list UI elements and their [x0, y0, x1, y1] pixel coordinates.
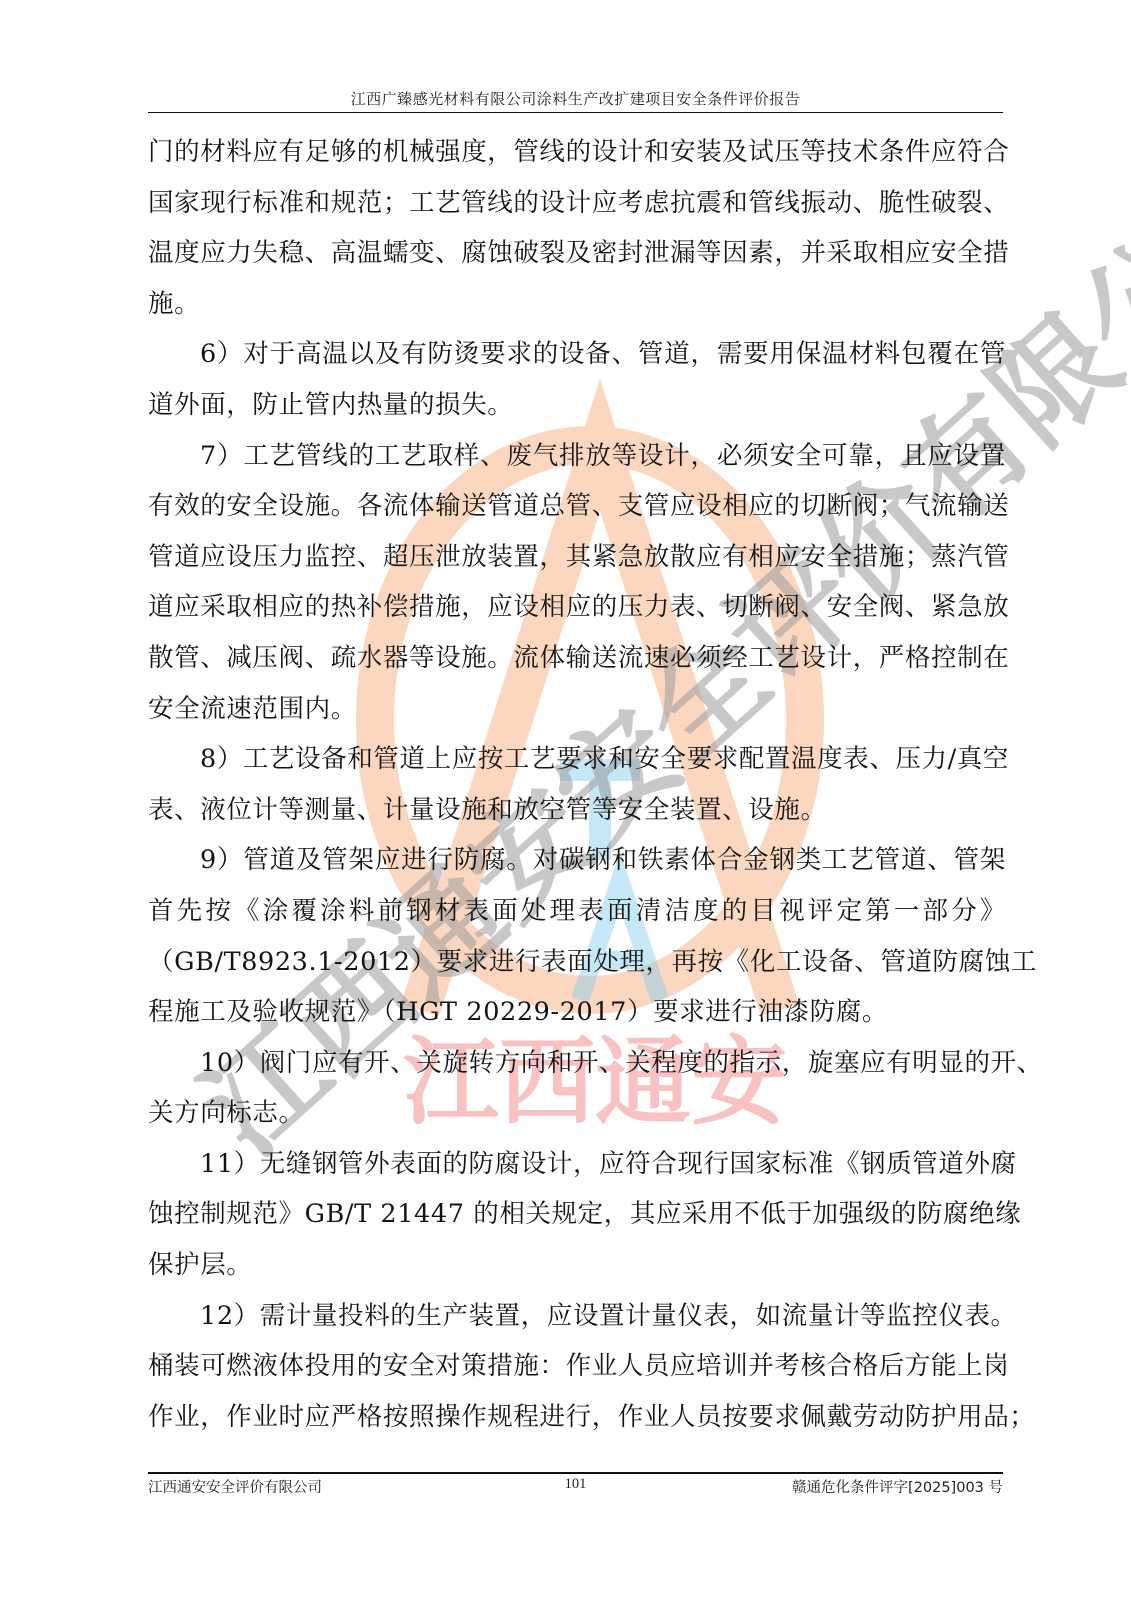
text-line: 程施工及验收规范》（HGT 20229-2017）要求进行油漆防腐。: [148, 987, 1006, 1038]
text-line: 道外面，防止管内热量的损失。: [148, 380, 1006, 431]
text-line: 保护层。: [148, 1240, 1006, 1291]
page-header-title: 江西广臻感光材料有限公司涂料生产改扩建项目安全条件评价报告: [148, 88, 1003, 112]
text-line: 关方向标志。: [148, 1088, 1006, 1139]
text-line-item-8: 8）工艺设备和管道上应按工艺要求和安全要求配置温度表、压力/真空: [148, 734, 1006, 785]
text-line-item-7: 7）工艺管线的工艺取样、废气排放等设计，必须安全可靠，且应设置: [148, 431, 1006, 482]
text-line: 管道应设压力监控、超压泄放装置，其紧急放散应有相应安全措施；蒸汽管: [148, 532, 1006, 583]
text-line-item-9: 9）管道及管架应进行防腐。对碳钢和铁素体合金钢类工艺管道、管架: [148, 835, 1006, 886]
text-line: 桶装可燃液体投用的安全对策措施：作业人员应培训并考核合格后方能上岗: [148, 1341, 1006, 1392]
page-footer: 江西通安安全评价有限公司 101 赣通危化条件评字[2025]003 号: [148, 1476, 1003, 1498]
header-rule: [148, 112, 1003, 113]
text-line: 道应采取相应的热补偿措施，应设相应的压力表、切断阀、安全阀、紧急放: [148, 582, 1006, 633]
text-line: 国家现行标准和规范；工艺管线的设计应考虑抗震和管线振动、脆性破裂、: [148, 178, 1006, 229]
text-line: 首先按《涂覆涂料前钢材表面处理表面清洁度的目视评定第一部分》: [148, 886, 1006, 937]
text-line: 散管、减压阀、疏水器等设施。流体输送流速必须经工艺设计，严格控制在: [148, 633, 1006, 684]
text-line: （GB/T8923.1-2012）要求进行表面处理，再按《化工设备、管道防腐蚀工: [148, 937, 1006, 988]
text-line-item-6: 6）对于高温以及有防烫要求的设备、管道，需要用保温材料包覆在管: [148, 329, 1006, 380]
text-line-item-10: 10）阀门应有开、关旋转方向和开、关程度的指示，旋塞应有明显的开、: [148, 1038, 1006, 1089]
text-line: 施。: [148, 279, 1006, 330]
footer-rule: [148, 1472, 1003, 1474]
text-line: 表、液位计等测量、计量设施和放空管等安全装置、设施。: [148, 785, 1006, 836]
text-line: 作业，作业时应严格按照操作规程进行，作业人员按要求佩戴劳动防护用品；: [148, 1392, 1006, 1443]
document-number: 赣通危化条件评字[2025]003 号: [792, 1476, 1003, 1497]
text-line-item-12: 12）需计量投料的生产装置，应设置计量仪表，如流量计等监控仪表。: [148, 1291, 1006, 1342]
text-line-item-11: 11）无缝钢管外表面的防腐设计，应符合现行国家标准《钢质管道外腐: [148, 1139, 1006, 1190]
text-line: 有效的安全设施。各流体输送管道总管、支管应设相应的切断阀；气流输送: [148, 481, 1006, 532]
text-line: 门的材料应有足够的机械强度，管线的设计和安装及试压等技术条件应符合: [148, 127, 1006, 178]
text-line: 安全流速范围内。: [148, 684, 1006, 735]
document-body: 门的材料应有足够的机械强度，管线的设计和安装及试压等技术条件应符合 国家现行标准…: [148, 127, 1006, 1442]
text-line: 温度应力失稳、高温蠕变、腐蚀破裂及密封泄漏等因素，并采取相应安全措: [148, 228, 1006, 279]
text-line: 蚀控制规范》GB/T 21447 的相关规定，其应采用不低于加强级的防腐绝缘: [148, 1189, 1006, 1240]
